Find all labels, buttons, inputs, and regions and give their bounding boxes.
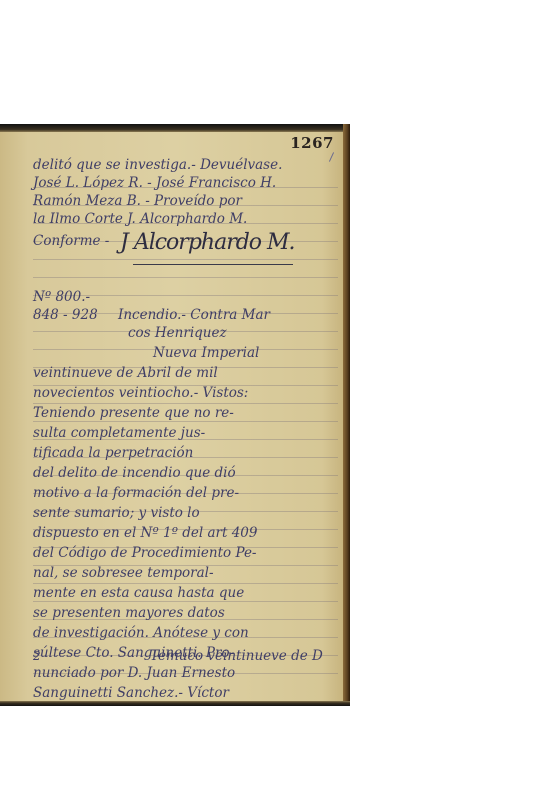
text-line: delitó que se investiga.- Devuélvase. — [33, 156, 338, 174]
signature: J Alcorphardo M. — [120, 230, 295, 255]
text-line: se presenten mayores datos — [33, 604, 338, 622]
text-line: nal, se sobresee temporal- — [33, 564, 338, 582]
text-line: Sanguinetti Sanchez.- Víctor — [33, 684, 338, 702]
page-number: 1267 — [290, 134, 334, 152]
text-line: veintinueve de Abril de mil — [33, 364, 338, 382]
text-line: José L. López R. - José Francisco H. — [33, 174, 338, 192]
text-line: sulta completamente jus- — [33, 424, 338, 442]
text-line-last: Temuco veintinueve de D — [150, 647, 340, 665]
text-line: dispuesto en el Nº 1º del art 409 — [33, 524, 338, 542]
ledger-page: 1267 delitó que se investiga.- Devuélvas… — [0, 124, 350, 706]
case-number: Nº 800.- — [33, 288, 338, 306]
case-title-line2: cos Henriquez — [33, 324, 338, 342]
text-line: la Ilmo Corte J. Alcorphardo M. — [33, 210, 338, 228]
margin-note: 2 — [33, 649, 41, 663]
text-line: motivo a la formación del pre- — [33, 484, 338, 502]
text-line: mente en esta causa hasta que — [33, 584, 338, 602]
text-line: novecientos veintiocho.- Vistos: — [33, 384, 338, 402]
text-line: Ramón Meza B. - Proveído por — [33, 192, 338, 210]
page-top-shadow — [0, 124, 350, 132]
text-line: nunciado por D. Juan Ernesto — [33, 664, 338, 682]
case-title-line1: Incendio.- Contra Mar — [118, 306, 338, 324]
text-line: del delito de incendio que dió — [33, 464, 338, 482]
text-line: tificada la perpetración — [33, 444, 338, 462]
text-line: Nueva Imperial — [33, 344, 338, 362]
text-line: sente sumario; y visto lo — [33, 504, 338, 522]
case-file-reference: 848 - 928 — [33, 306, 113, 324]
book-binding-edge — [343, 124, 350, 706]
signature-underline — [133, 264, 293, 265]
text-line: del Código de Procedimiento Pe- — [33, 544, 338, 562]
page-bottom-shadow — [0, 701, 350, 706]
text-line: de investigación. Anótese y con — [33, 624, 338, 642]
text-line: Teniendo presente que no re- — [33, 404, 338, 422]
